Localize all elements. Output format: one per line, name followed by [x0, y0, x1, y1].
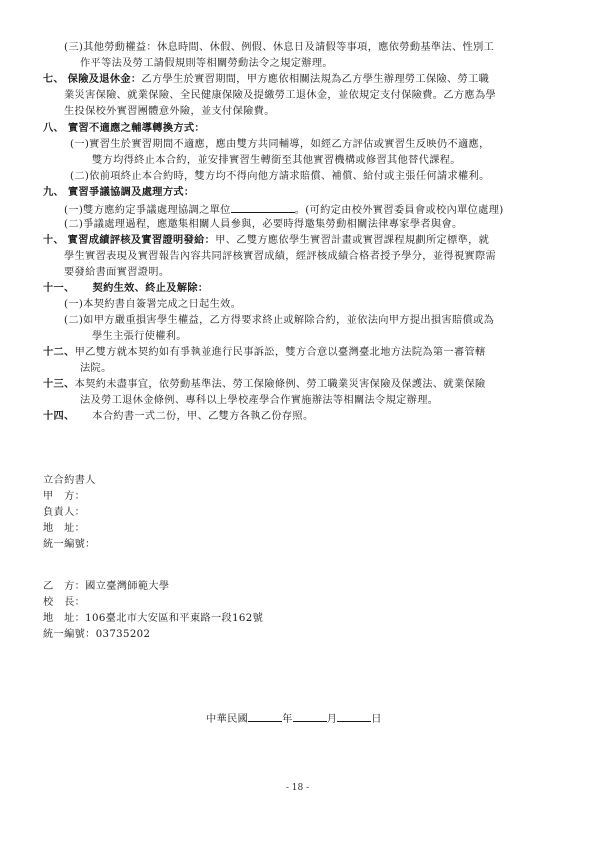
clause-8-title: 實習不適應之輔導轉換方式：	[68, 122, 205, 134]
clause-9-heading: 九、 實習爭議協調及處理方式：	[43, 186, 194, 199]
party-b-rep-label: 校 長：	[43, 596, 85, 609]
party-a-id-label: 統一編號：	[43, 538, 96, 551]
clause-13-line-1: 十三、本契約未盡事宜，依勞動基準法、勞工保險條例、勞工職業災害保險及保護法、就業…	[43, 378, 486, 391]
clause-9-title: 實習爭議協調及處理方式：	[68, 186, 194, 198]
clause-7-line-3: 生投保校外實習團體意外險，並支付保險費。	[64, 105, 275, 118]
clause-7-number: 七、	[43, 73, 64, 85]
party-b-id: 統一編號：03735202	[43, 628, 150, 641]
clause-12-line-2: 法院。	[80, 362, 112, 375]
party-b-address: 地 址：106臺北市大安區和平東路一段162號	[43, 612, 263, 625]
party-b-address-value: 106臺北市大安區和平東路一段162號	[85, 613, 263, 624]
clause-11-item-2-line-1: (二)如甲方嚴重損害學生權益，乙方得要求終止或解除合約，並依法向甲方提出損害賠償…	[64, 314, 494, 327]
clause-8-heading: 八、 實習不適應之輔導轉換方式：	[43, 122, 205, 135]
party-b-id-value: 03735202	[96, 629, 151, 640]
date-month-label: 月	[327, 714, 338, 725]
clause-10-line-3: 要發給書面實習證明。	[64, 266, 169, 279]
clause-14-number: 十四、	[43, 410, 75, 422]
clause-8-item-1-line-2: 雙方均得終止本合約，並安排實習生轉銜至其他實習機構或修習其他替代課程。	[92, 154, 461, 167]
date-era: 中華民國	[206, 714, 248, 725]
clause-13-text: 本契約未盡事宜，依勞動基準法、勞工保險條例、勞工職業災害保險及保護法、就業保險	[75, 379, 486, 390]
clause-11-item-1: (一)本契約書自簽署完成之日起生效。	[64, 298, 241, 311]
party-b-id-label: 統一編號：	[43, 629, 96, 640]
clause-9-number: 九、	[43, 186, 64, 198]
day-blank[interactable]	[337, 711, 371, 722]
clause-8-number: 八、	[43, 122, 64, 134]
month-blank[interactable]	[293, 711, 327, 722]
party-a-rep-label: 負責人：	[43, 506, 85, 519]
clause-11-heading: 十一、 契約生效、終止及解除：	[43, 282, 208, 295]
clause-11-title: 契約生效、終止及解除：	[93, 282, 209, 294]
page-number: - 18 -	[0, 783, 595, 793]
party-b-name-label: 乙 方：	[43, 581, 85, 592]
clause-10-line-1: 十、 實習成績評核及實習證明發給：甲、乙雙方應依學生實習計畫或實習課程規劃所定標…	[43, 234, 489, 247]
clause-11-number: 十一、	[43, 282, 75, 294]
clause-10-number: 十、	[43, 234, 64, 246]
clause-9-item-2: (二)爭議處理過程，應邀集相關人員參與，必要時得邀集勞動相關法律專家學者與會。	[64, 218, 463, 231]
dispute-unit-blank[interactable]	[231, 202, 295, 213]
clause-6-item-3-line-1: (三)其他勞動權益：休息時間、休假、例假、休息日及請假等事項，應依勞動基準法、性…	[64, 41, 494, 54]
date-line: 中華民國年月日	[206, 711, 382, 726]
clause-10-text: 甲、乙雙方應依學生實習計畫或實習課程規劃所定標準，就	[215, 235, 489, 246]
clause-9-item-1-note: 。(可約定由校外實習委員會或校內單位處理)	[295, 205, 504, 216]
party-b-name: 乙 方：國立臺灣師範大學	[43, 580, 169, 593]
signatories-heading: 立合約書人	[43, 474, 96, 487]
clause-12-number: 十二、	[43, 346, 75, 358]
clause-9-item-1-text: (一)雙方應約定爭議處理協調之單位	[64, 205, 231, 216]
clause-12-line-1: 十二、甲乙雙方就本契約如有爭執並進行民事訴訟，雙方合意以臺灣臺北地方法院為第一審…	[43, 346, 486, 359]
party-a-name-label: 甲 方：	[43, 490, 85, 503]
party-b-address-label: 地 址：	[43, 613, 85, 624]
clause-8-item-1-line-1: (一)實習生於實習期間不適應，應由雙方共同輔導，如經乙方評估或實習生反映仍不適應…	[70, 138, 490, 151]
clause-13-number: 十三、	[43, 378, 75, 390]
clause-12-text: 甲乙雙方就本契約如有爭執並進行民事訴訟，雙方合意以臺灣臺北地方法院為第一審管轄	[75, 347, 486, 358]
clause-13-line-2: 法及勞工退休金條例、專科以上學校產學合作實施辦法等相關法令規定辦理。	[80, 394, 438, 407]
date-day-label: 日	[371, 714, 382, 725]
clause-7-text: 乙方學生於實習期間，甲方應依相關法規為乙方學生辦理勞工保險、勞工職	[141, 74, 489, 85]
clause-10-line-2: 學生實習表現及實習報告內容共同評核實習成績，經評核成績合格者授予學分，並得視實際…	[64, 250, 496, 263]
party-b-name-value: 國立臺灣師範大學	[85, 581, 169, 592]
clause-11-item-2-line-2: 學生主張行使權利。	[92, 330, 187, 343]
date-year-label: 年	[282, 714, 293, 725]
clause-10-title: 實習成績評核及實習證明發給：	[68, 234, 216, 246]
clause-6-item-3-line-2: 作平等法及勞工請假規則等相關勞動法令之規定辦理。	[80, 57, 333, 70]
clause-14-text: 本合約書一式二份，甲、乙雙方各執乙份存照。	[92, 411, 313, 422]
party-a-address-label: 地 址：	[43, 522, 85, 535]
clause-7-line-2: 業災害保險、就業保險、全民健康保險及提繳勞工退休金，並依規定支付保險費。乙方應為…	[64, 89, 496, 102]
clause-14-line-1: 十四、 本合約書一式二份，甲、乙雙方各執乙份存照。	[43, 410, 314, 423]
clause-7-title: 保險及退休金：	[68, 73, 142, 85]
clause-7-line-1: 七、 保險及退休金：乙方學生於實習期間，甲方應依相關法規為乙方學生辦理勞工保險、…	[43, 73, 489, 86]
clause-9-item-1: (一)雙方應約定爭議處理協調之單位。(可約定由校外實習委員會或校內單位處理)	[64, 202, 504, 217]
clause-8-item-2: (二)依前項終止本合約時，雙方均不得向他方請求賠償、補償、給付或主張任何請求權利…	[70, 170, 490, 183]
year-blank[interactable]	[248, 711, 282, 722]
